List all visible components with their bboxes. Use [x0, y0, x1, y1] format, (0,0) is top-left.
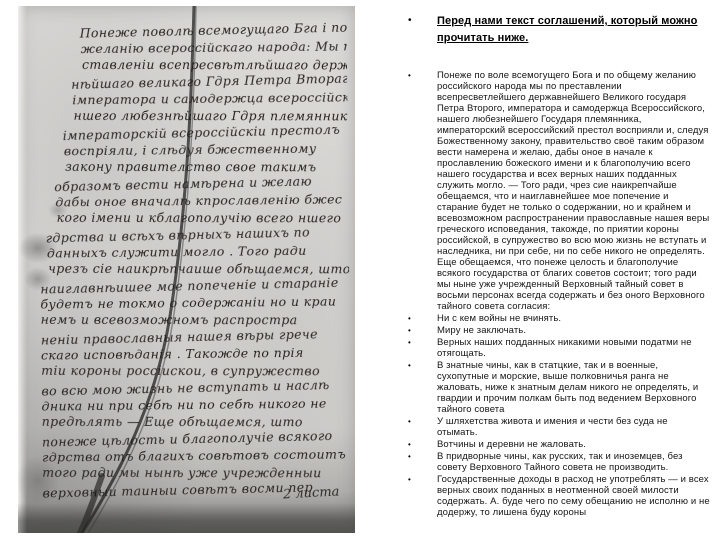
bullet-icon: •	[408, 337, 437, 359]
bullet-text: Верных наших подданных никакими новыми п…	[437, 337, 710, 359]
bullet-icon: •	[408, 451, 437, 473]
bullet-icon: •	[408, 360, 437, 415]
title-bullet-item: • Перед нами текст соглашений, который м…	[408, 13, 710, 46]
bullet-list: • Понеже по воле всемогущего Бога и по о…	[408, 70, 710, 518]
slide-text-column: • Перед нами текст соглашений, который м…	[408, 13, 710, 519]
bullet-icon: •	[408, 70, 437, 312]
bullet-text: Понеже по воле всемогущего Бога и по общ…	[437, 70, 710, 312]
bullet-item: • В придворные чины, как русских, так и …	[408, 451, 710, 473]
bullet-item: • Миру не заключать.	[408, 325, 710, 336]
bullet-icon: •	[408, 416, 437, 438]
bullet-text: Миру не заключать.	[437, 325, 710, 336]
bullet-item: • Верных наших подданных никакими новыми…	[408, 337, 710, 359]
presentation-slide: Понеже поволѣ всемогущаго Бга і пообщемж…	[0, 0, 720, 540]
bullet-item: • В знатные чины, как в статцкие, так и …	[408, 360, 710, 415]
bullet-text: В придворные чины, как русских, так и ин…	[437, 451, 710, 473]
photo-bottom-shadow	[18, 503, 355, 533]
bullet-icon: •	[408, 474, 437, 518]
bullet-icon: •	[408, 13, 437, 46]
bullet-text: У шляхетства живота и имения и чести без…	[437, 416, 710, 438]
bullet-item: • Понеже по воле всемогущего Бога и по о…	[408, 70, 710, 312]
fold-crease-line	[18, 6, 355, 533]
bullet-text: В знатные чины, как в статцкие, так и в …	[437, 360, 710, 415]
bullet-text: Государственные доходы в расход не употр…	[437, 474, 710, 518]
manuscript-photo: Понеже поволѣ всемогущаго Бга і пообщемж…	[18, 6, 355, 533]
bullet-item: • Вотчины и деревни не жаловать.	[408, 439, 710, 450]
bullet-icon: •	[408, 325, 437, 336]
bullet-item: • Ни с кем войны не вчинять.	[408, 313, 710, 324]
bullet-text: Ни с кем войны не вчинять.	[437, 313, 710, 324]
bullet-text: Вотчины и деревни не жаловать.	[437, 439, 710, 450]
bullet-icon: •	[408, 313, 437, 324]
bullet-icon: •	[408, 439, 437, 450]
bullet-item: • У шляхетства живота и имения и чести б…	[408, 416, 710, 438]
slide-title: Перед нами текст соглашений, который мож…	[437, 13, 710, 46]
bullet-item: • Государственные доходы в расход не упо…	[408, 474, 710, 518]
